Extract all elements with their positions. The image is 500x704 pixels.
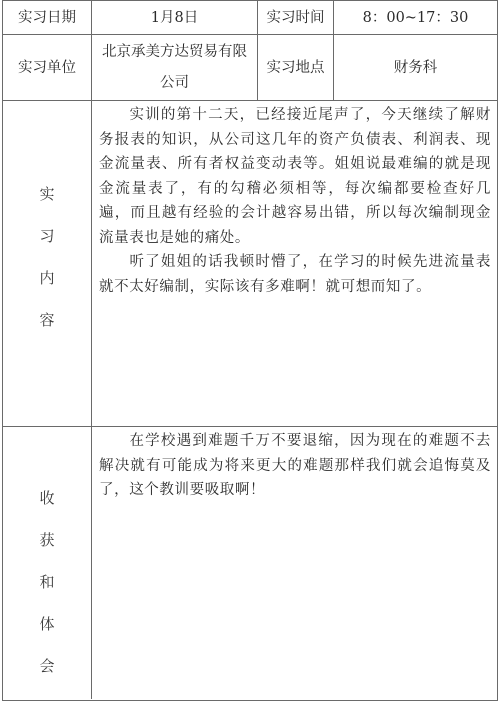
label-char: 会 xyxy=(39,645,54,687)
content-paragraph: 实训的第十二天，已经接近尾声了，今天继续了解财务报表的知识，从公司这几年的资产负… xyxy=(99,103,491,250)
content-section-label: 实 习 内 容 xyxy=(3,173,91,341)
column-divider xyxy=(91,1,92,699)
internship-log-page: 实习日期 1月8日 实习时间 8：00~17：30 实习单位 北京承美方达贸易有… xyxy=(0,0,500,704)
reflection-section-label: 收 获 和 体 会 xyxy=(3,477,91,687)
label-char: 收 xyxy=(39,477,54,519)
label-char: 实 xyxy=(39,173,54,215)
internship-log-table: 实习日期 1月8日 实习时间 8：00~17：30 实习单位 北京承美方达贸易有… xyxy=(2,0,498,701)
date-label: 实习日期 xyxy=(3,1,91,34)
time-label: 实习时间 xyxy=(258,1,333,34)
time-value: 8：00~17：30 xyxy=(334,1,497,34)
label-char: 体 xyxy=(39,603,54,645)
content-paragraph: 听了姐姐的话我顿时懵了，在学习的时候先进流量表就不太好编制，实际该有多难啊！就可… xyxy=(99,250,491,299)
unit-value: 北京承美方达贸易有限公司 xyxy=(92,35,257,100)
label-char: 获 xyxy=(39,519,54,561)
unit-label: 实习单位 xyxy=(3,35,91,100)
label-char: 容 xyxy=(39,299,54,341)
label-char: 内 xyxy=(39,257,54,299)
date-value: 1月8日 xyxy=(92,1,257,34)
location-label: 实习地点 xyxy=(258,35,333,100)
row-divider xyxy=(3,100,497,101)
location-value: 财务科 xyxy=(334,35,497,100)
label-char: 习 xyxy=(39,215,54,257)
row-divider xyxy=(3,426,497,427)
label-char: 和 xyxy=(39,561,54,603)
reflection-paragraph: 在学校遇到难题千万不要退缩，因为现在的难题不去解决就有可能成为将来更大的难题那样… xyxy=(99,429,491,503)
content-section-text: 实训的第十二天，已经接近尾声了，今天继续了解财务报表的知识，从公司这几年的资产负… xyxy=(99,103,491,299)
reflection-section-text: 在学校遇到难题千万不要退缩，因为现在的难题不去解决就有可能成为将来更大的难题那样… xyxy=(99,429,491,503)
